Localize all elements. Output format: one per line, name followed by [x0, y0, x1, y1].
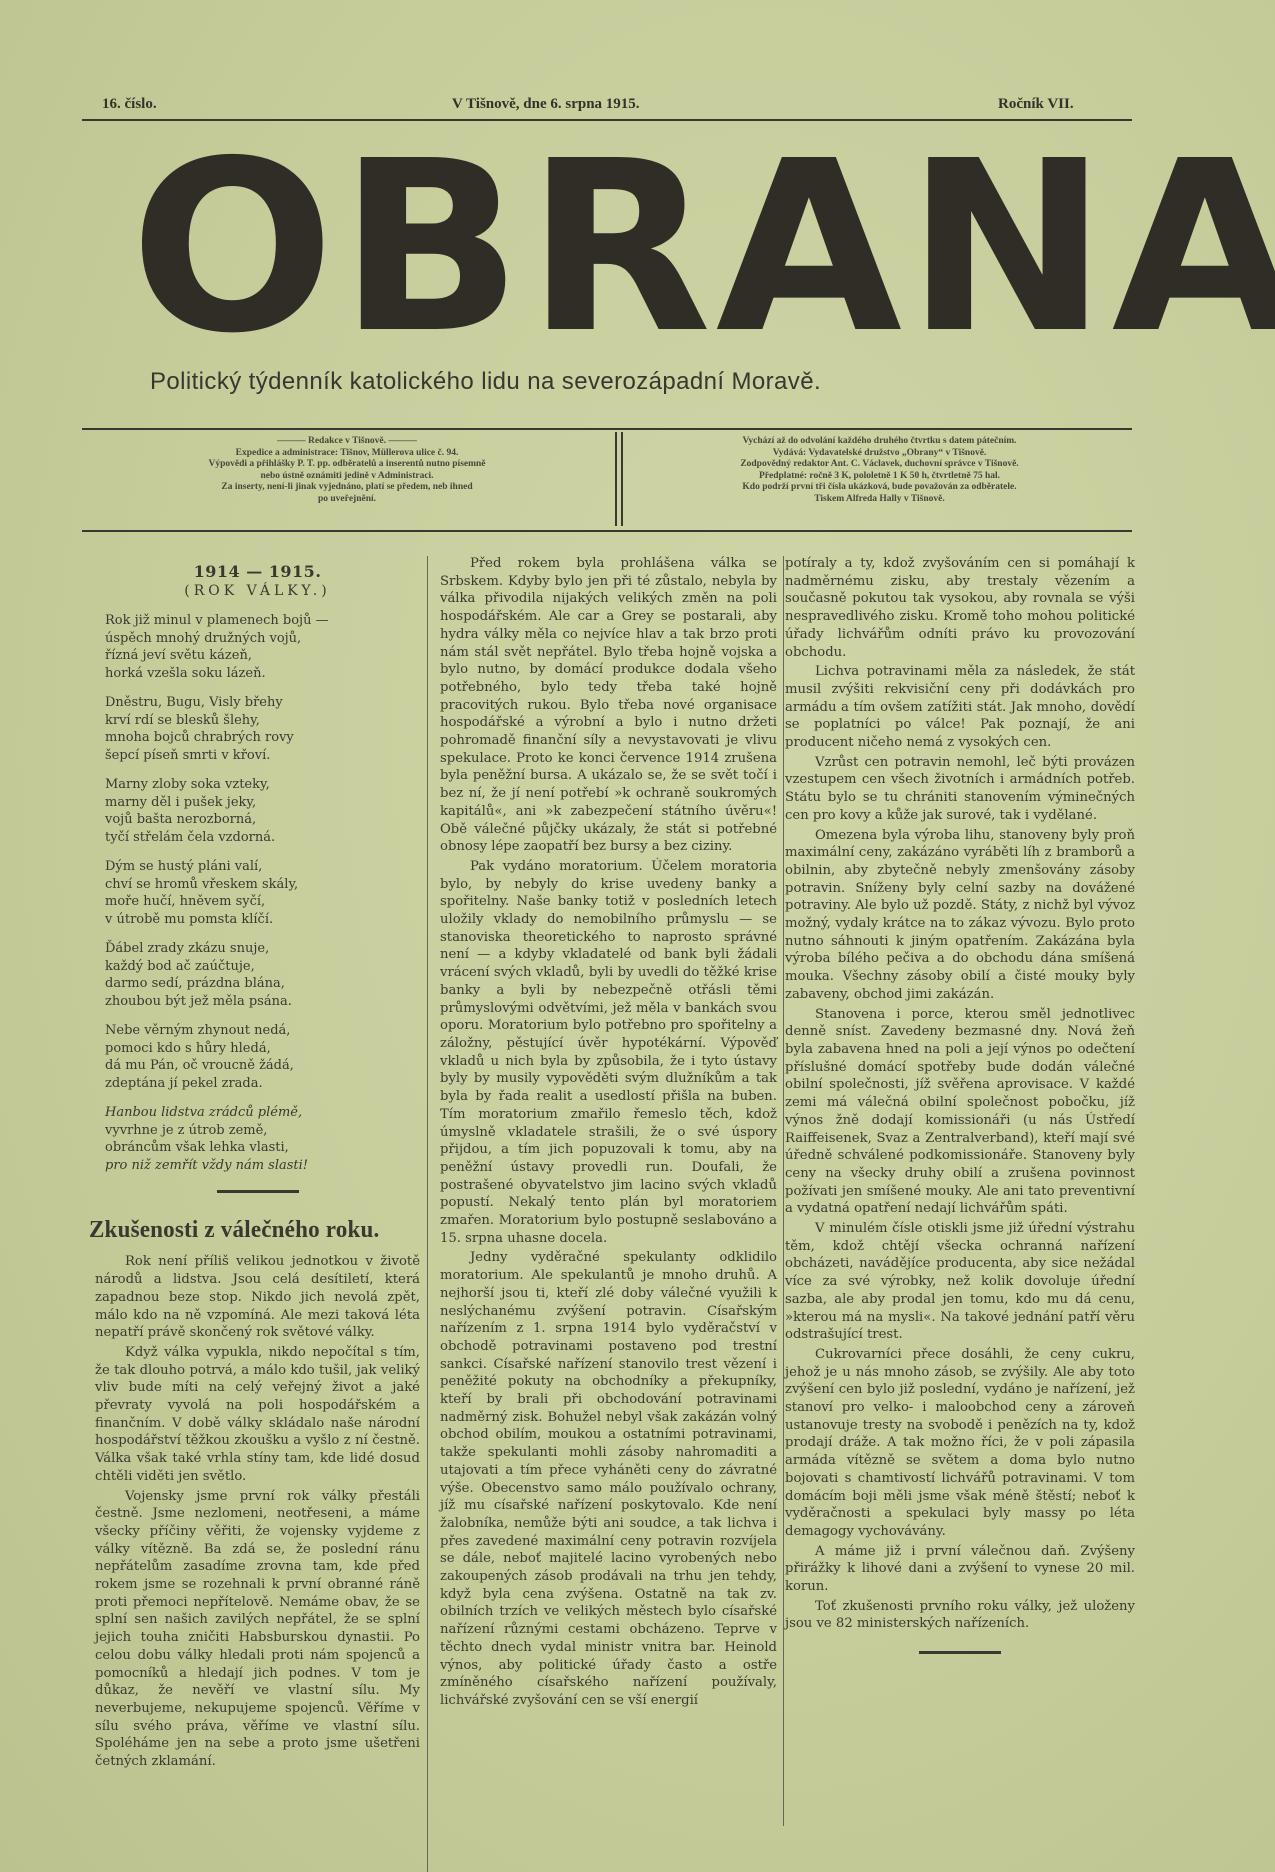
- verse: vyvrhne je z útrob země,: [105, 1122, 420, 1140]
- verse: řízná jeví světu kázeň,: [105, 647, 420, 665]
- verse: tyčí střelám čela vzdorná.: [105, 829, 420, 847]
- info-line: Zodpovědný redaktor Ant. C. Václavek, du…: [627, 459, 1132, 471]
- verse: zdeptána jí pekel zrada.: [105, 1075, 420, 1093]
- verse: každý bod ač zaúčtuje,: [105, 958, 420, 976]
- column-divider: [427, 556, 428, 1872]
- end-rule: [919, 1651, 1001, 1654]
- paragraph: Toť zkušenosti prvního roku války, jež u…: [785, 1598, 1135, 1633]
- poem-stanza: Ďábel zrady zkázu snuje, každý bod ač za…: [105, 940, 420, 1010]
- verse: krví rdí se blesků šlehy,: [105, 712, 420, 730]
- verse: pro niž zemřít vždy nám slasti!: [105, 1157, 420, 1175]
- poem-stanza-final: Hanbou lidstva zrádců plémě, vyvrhne je …: [105, 1104, 420, 1174]
- verse: Dněstru, Bugu, Visly břehy: [105, 694, 420, 712]
- paragraph: Vzrůst cen potravin nemohl, leč býti pro…: [785, 754, 1135, 825]
- section-rule: [217, 1190, 299, 1193]
- verse: horká vzešla soku lázeň.: [105, 665, 420, 683]
- column-divider: [783, 556, 784, 1826]
- verse: obráncům však lehka vlasti,: [105, 1139, 420, 1157]
- paragraph: V minulém čísle otiskli jsme již úřední …: [785, 1220, 1135, 1344]
- verse: moře hučí, hněvem syčí,: [105, 893, 420, 911]
- poem-stanza: Rok již minul v plamenech bojů — úspěch …: [105, 612, 420, 682]
- column-1: 1914 — 1915. (ROK VÁLKY.) Rok již minul …: [95, 555, 420, 1773]
- verse: marny děl i pušek jeky,: [105, 794, 420, 812]
- paragraph: potíraly a ty, kdož zvyšováním cen si po…: [785, 555, 1135, 661]
- paragraph: Před rokem byla prohlášena válka se Srbs…: [440, 555, 777, 856]
- column-2: Před rokem byla prohlášena válka se Srbs…: [440, 555, 777, 1712]
- verse: úspěch mnohý družných vojů,: [105, 630, 420, 648]
- paragraph: Rok není příliš velikou jednotkou v živo…: [95, 1253, 420, 1342]
- publisher-info: Vychází až do odvolání každého druhého č…: [627, 436, 1132, 506]
- poem-title: 1914 — 1915.: [95, 563, 420, 581]
- verse: Rok již minul v plamenech bojů —: [105, 612, 420, 630]
- editorial-info: ——— Redakce v Tišnově. ——— Expedice a ad…: [82, 436, 612, 506]
- paragraph: A máme již i první válečnou daň. Zvýšeny…: [785, 1543, 1135, 1596]
- column-3: potíraly a ty, kdož zvyšováním cen si po…: [785, 555, 1135, 1654]
- paragraph: Omezena byla výroba lihu, stanoveny byly…: [785, 827, 1135, 1004]
- publication-info-box: ——— Redakce v Tišnově. ——— Expedice a ad…: [82, 428, 1132, 532]
- poem-stanza: Nebe věrným zhynout nedá, pomoci kdo s h…: [105, 1022, 420, 1092]
- paragraph: Vojensky jsme první rok války přestáli č…: [95, 1488, 420, 1771]
- info-line: nebo ústně oznámiti jedině v Administrac…: [82, 471, 612, 483]
- info-line: Výpovědi a přihlášky P. T. pp. odběratel…: [82, 459, 612, 471]
- verse: vojů bašta nerozborná,: [105, 811, 420, 829]
- paragraph: Pak vydáno moratorium. Účelem moratoria …: [440, 858, 777, 1247]
- verse: dá mu Pán, oč vroucně žádá,: [105, 1057, 420, 1075]
- verse: zhoubou být jež měla psána.: [105, 993, 420, 1011]
- paragraph: Když válka vypukla, nikdo nepočítal s tí…: [95, 1344, 420, 1486]
- verse: pomoci kdo s hůry hledá,: [105, 1040, 420, 1058]
- info-line: ——— Redakce v Tišnově. ———: [82, 436, 612, 448]
- info-line: Kdo podrží první tři čísla ukázková, bud…: [627, 482, 1132, 494]
- masthead-subtitle: Politický týdenník katolického lidu na s…: [150, 368, 1090, 396]
- poem-subtitle: (ROK VÁLKY.): [95, 583, 420, 601]
- verse: mnoha bojců chrabrých rovy: [105, 729, 420, 747]
- divider: [621, 432, 623, 526]
- info-line: Vychází až do odvolání každého druhého č…: [627, 436, 1132, 448]
- paragraph: Cukrovarníci přece dosáhli, že ceny cukr…: [785, 1346, 1135, 1541]
- verse: Nebe věrným zhynout nedá,: [105, 1022, 420, 1040]
- masthead-title: OBRANA: [130, 148, 1150, 348]
- info-line: po uveřejnění.: [82, 494, 612, 506]
- info-line: Tiskem Alfreda Hally v Tišnově.: [627, 494, 1132, 506]
- paragraph: Jedny vyděračné spekulanty odklidilo mor…: [440, 1249, 777, 1709]
- article-title: Zkušenosti z válečného roku.: [89, 1215, 407, 1245]
- verse: Ďábel zrady zkázu snuje,: [105, 940, 420, 958]
- info-line: Předplatné: ročně 3 K, pololetně 1 K 50 …: [627, 471, 1132, 483]
- info-line: Za inserty, není-li jinak vyjednáno, pla…: [82, 482, 612, 494]
- verse: Hanbou lidstva zrádců plémě,: [105, 1104, 420, 1122]
- divider: [615, 432, 617, 526]
- verse: chví se hromů vřeskem skály,: [105, 876, 420, 894]
- verse: darmo sedí, prázdna blána,: [105, 975, 420, 993]
- poem-stanza: Marny zloby soka vzteky, marny děl i puš…: [105, 776, 420, 846]
- verse: Marny zloby soka vzteky,: [105, 776, 420, 794]
- verse: v útrobě mu pomsta klíčí.: [105, 911, 420, 929]
- poem-stanza: Dým se hustý pláni valí, chví se hromů v…: [105, 858, 420, 928]
- info-line: Vydává: Vydavatelské družstvo „Obrany“ v…: [627, 448, 1132, 460]
- verse: šepcí píseň smrti v křoví.: [105, 747, 420, 765]
- verse: Dým se hustý pláni valí,: [105, 858, 420, 876]
- poem-stanza: Dněstru, Bugu, Visly břehy krví rdí se b…: [105, 694, 420, 764]
- info-line: Expedice a administrace: Tišnov, Müllero…: [82, 448, 612, 460]
- newspaper-page: 16. číslo. V Tišnově, dne 6. srpna 1915.…: [0, 0, 1275, 1872]
- paragraph: Stanovena i porce, kterou směl jednotliv…: [785, 1006, 1135, 1218]
- paragraph: Lichva potravinami měla za následek, že …: [785, 663, 1135, 752]
